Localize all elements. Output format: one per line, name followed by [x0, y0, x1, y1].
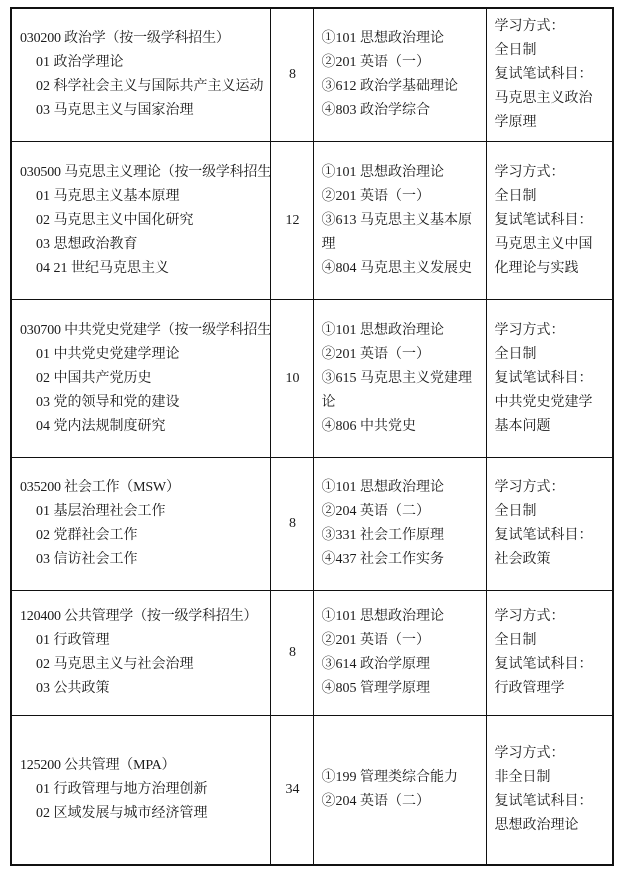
subject-list: ①101 思想政治理论②204 英语（二）③331 社会工作原理④437 社会工… — [322, 476, 480, 572]
note-line: 全日制 — [495, 343, 607, 367]
note-list: 学习方式：全日制复试笔试科目：马克思主义中国化理论与实践 — [495, 161, 607, 281]
direction-list: 01 中共党史党建学理论02 中国共产党历史03 党的领导和党的建设04 党内法… — [20, 343, 264, 439]
subject-item: ②201 英语（一） — [322, 51, 480, 75]
subject-item: ①199 管理类综合能力 — [322, 766, 480, 790]
table-row: 030200 政治学（按一级学科招生） 01 政治学理论02 科学社会主义与国际… — [11, 8, 613, 142]
table-row: 125200 公共管理（MPA） 01 行政管理与地方治理创新02 区域发展与城… — [11, 716, 613, 865]
note-line: 马克思主义政治学原理 — [495, 87, 607, 135]
subject-item: ②204 英语（二） — [322, 500, 480, 524]
program-title: 125200 公共管理（MPA） — [20, 754, 264, 778]
direction-item: 01 马克思主义基本原理 — [20, 185, 264, 209]
program-cell: 030700 中共党史党建学（按一级学科招生） 01 中共党史党建学理论02 中… — [11, 300, 270, 458]
note-list: 学习方式：全日制复试笔试科目：中共党史党建学基本问题 — [495, 319, 607, 439]
table-row: 030700 中共党史党建学（按一级学科招生） 01 中共党史党建学理论02 中… — [11, 300, 613, 458]
subject-list: ①101 思想政治理论②201 英语（一）③613 马克思主义基本原理④804 … — [322, 161, 480, 281]
subject-item: ①101 思想政治理论 — [322, 319, 480, 343]
note-line: 全日制 — [495, 629, 607, 653]
note-line: 非全日制 — [495, 766, 607, 790]
note-line: 复试笔试科目： — [495, 653, 607, 677]
subject-item: ③613 马克思主义基本原理 — [322, 209, 480, 257]
program-cell: 030200 政治学（按一级学科招生） 01 政治学理论02 科学社会主义与国际… — [11, 8, 270, 142]
note-line: 复试笔试科目： — [495, 209, 607, 233]
program-title: 030500 马克思主义理论（按一级学科招生） — [20, 161, 264, 185]
quota-cell: 8 — [270, 8, 313, 142]
note-list: 学习方式：非全日制复试笔试科目：思想政治理论 — [495, 742, 607, 838]
note-line: 复试笔试科目： — [495, 367, 607, 391]
direction-item: 02 科学社会主义与国际共产主义运动 — [20, 75, 264, 99]
subject-item: ②201 英语（一） — [322, 343, 480, 367]
program-title: 035200 社会工作（MSW） — [20, 476, 264, 500]
direction-item: 02 马克思主义中国化研究 — [20, 209, 264, 233]
note-line: 复试笔试科目： — [495, 790, 607, 814]
study-mode-cell: 学习方式：全日制复试笔试科目：马克思主义中国化理论与实践 — [486, 142, 613, 300]
table-row: 030500 马克思主义理论（按一级学科招生） 01 马克思主义基本原理02 马… — [11, 142, 613, 300]
subject-item: ②204 英语（二） — [322, 790, 480, 814]
subject-item: ①101 思想政治理论 — [322, 476, 480, 500]
direction-list: 01 基层治理社会工作02 党群社会工作03 信访社会工作 — [20, 500, 264, 572]
direction-item: 03 公共政策 — [20, 677, 264, 701]
program-title: 120400 公共管理学（按一级学科招生） — [20, 605, 264, 629]
quota-cell: 10 — [270, 300, 313, 458]
subject-item: ④437 社会工作实务 — [322, 548, 480, 572]
program-title: 030200 政治学（按一级学科招生） — [20, 27, 264, 51]
quota-cell: 12 — [270, 142, 313, 300]
subject-item: ①101 思想政治理论 — [322, 27, 480, 51]
program-cell: 125200 公共管理（MPA） 01 行政管理与地方治理创新02 区域发展与城… — [11, 716, 270, 865]
note-line: 学习方式： — [495, 742, 607, 766]
direction-list: 01 政治学理论02 科学社会主义与国际共产主义运动03 马克思主义与国家治理 — [20, 51, 264, 123]
program-cell: 035200 社会工作（MSW） 01 基层治理社会工作02 党群社会工作03 … — [11, 458, 270, 591]
program-title: 030700 中共党史党建学（按一级学科招生） — [20, 319, 264, 343]
note-line: 复试笔试科目： — [495, 63, 607, 87]
study-mode-cell: 学习方式：全日制复试笔试科目：中共党史党建学基本问题 — [486, 300, 613, 458]
direction-item: 01 基层治理社会工作 — [20, 500, 264, 524]
subject-item: ③612 政治学基础理论 — [322, 75, 480, 99]
note-list: 学习方式：全日制复试笔试科目：行政管理学 — [495, 605, 607, 701]
study-mode-cell: 学习方式：全日制复试笔试科目：社会政策 — [486, 458, 613, 591]
table-row: 035200 社会工作（MSW） 01 基层治理社会工作02 党群社会工作03 … — [11, 458, 613, 591]
subject-item: ④806 中共党史 — [322, 415, 480, 439]
note-list: 学习方式：全日制复试笔试科目：社会政策 — [495, 476, 607, 572]
study-mode-cell: 学习方式：非全日制复试笔试科目：思想政治理论 — [486, 716, 613, 865]
direction-item: 02 党群社会工作 — [20, 524, 264, 548]
subjects-cell: ①101 思想政治理论②201 英语（一）③613 马克思主义基本原理④804 … — [313, 142, 486, 300]
direction-item: 01 中共党史党建学理论 — [20, 343, 264, 367]
note-list: 学习方式：全日制复试笔试科目：马克思主义政治学原理 — [495, 15, 607, 135]
direction-item: 02 中国共产党历史 — [20, 367, 264, 391]
direction-item: 03 马克思主义与国家治理 — [20, 99, 264, 123]
direction-item: 01 行政管理与地方治理创新 — [20, 778, 264, 802]
direction-item: 01 行政管理 — [20, 629, 264, 653]
note-line: 社会政策 — [495, 548, 607, 572]
subject-item: ①101 思想政治理论 — [322, 161, 480, 185]
direction-item: 03 思想政治教育 — [20, 233, 264, 257]
subjects-cell: ①101 思想政治理论②201 英语（一）③612 政治学基础理论④803 政治… — [313, 8, 486, 142]
direction-list: 01 行政管理02 马克思主义与社会治理03 公共政策 — [20, 629, 264, 701]
program-cell: 030500 马克思主义理论（按一级学科招生） 01 马克思主义基本原理02 马… — [11, 142, 270, 300]
subjects-cell: ①199 管理类综合能力②204 英语（二） — [313, 716, 486, 865]
subjects-cell: ①101 思想政治理论②201 英语（一）③614 政治学原理④805 管理学原… — [313, 591, 486, 716]
quota-cell: 34 — [270, 716, 313, 865]
direction-item: 04 21 世纪马克思主义 — [20, 257, 264, 281]
direction-item: 03 信访社会工作 — [20, 548, 264, 572]
subject-item: ④804 马克思主义发展史 — [322, 257, 480, 281]
subject-item: ③331 社会工作原理 — [322, 524, 480, 548]
note-line: 学习方式： — [495, 476, 607, 500]
note-line: 马克思主义中国化理论与实践 — [495, 233, 607, 281]
quota-cell: 8 — [270, 591, 313, 716]
direction-item: 02 马克思主义与社会治理 — [20, 653, 264, 677]
study-mode-cell: 学习方式：全日制复试笔试科目：马克思主义政治学原理 — [486, 8, 613, 142]
note-line: 全日制 — [495, 500, 607, 524]
subject-item: ④803 政治学综合 — [322, 99, 480, 123]
table-row: 120400 公共管理学（按一级学科招生） 01 行政管理02 马克思主义与社会… — [11, 591, 613, 716]
note-line: 行政管理学 — [495, 677, 607, 701]
subject-item: ②201 英语（一） — [322, 185, 480, 209]
quota-cell: 8 — [270, 458, 313, 591]
document-page: 030200 政治学（按一级学科招生） 01 政治学理论02 科学社会主义与国际… — [0, 0, 617, 874]
note-line: 复试笔试科目： — [495, 524, 607, 548]
note-line: 中共党史党建学基本问题 — [495, 391, 607, 439]
note-line: 学习方式： — [495, 319, 607, 343]
program-cell: 120400 公共管理学（按一级学科招生） 01 行政管理02 马克思主义与社会… — [11, 591, 270, 716]
direction-list: 01 马克思主义基本原理02 马克思主义中国化研究03 思想政治教育04 21 … — [20, 185, 264, 281]
direction-list: 01 行政管理与地方治理创新02 区域发展与城市经济管理 — [20, 778, 264, 826]
direction-item: 03 党的领导和党的建设 — [20, 391, 264, 415]
subjects-cell: ①101 思想政治理论②204 英语（二）③331 社会工作原理④437 社会工… — [313, 458, 486, 591]
direction-item: 01 政治学理论 — [20, 51, 264, 75]
direction-item: 04 党内法规制度研究 — [20, 415, 264, 439]
subject-item: ③615 马克思主义党建理论 — [322, 367, 480, 415]
subject-item: ③614 政治学原理 — [322, 653, 480, 677]
subject-list: ①199 管理类综合能力②204 英语（二） — [322, 766, 480, 814]
subject-item: ④805 管理学原理 — [322, 677, 480, 701]
note-line: 学习方式： — [495, 161, 607, 185]
admissions-table: 030200 政治学（按一级学科招生） 01 政治学理论02 科学社会主义与国际… — [10, 7, 614, 866]
subject-item: ②201 英语（一） — [322, 629, 480, 653]
subject-list: ①101 思想政治理论②201 英语（一）③614 政治学原理④805 管理学原… — [322, 605, 480, 701]
subject-item: ①101 思想政治理论 — [322, 605, 480, 629]
subjects-cell: ①101 思想政治理论②201 英语（一）③615 马克思主义党建理论④806 … — [313, 300, 486, 458]
subject-list: ①101 思想政治理论②201 英语（一）③615 马克思主义党建理论④806 … — [322, 319, 480, 439]
note-line: 全日制 — [495, 39, 607, 63]
note-line: 思想政治理论 — [495, 814, 607, 838]
direction-item: 02 区域发展与城市经济管理 — [20, 802, 264, 826]
note-line: 学习方式： — [495, 605, 607, 629]
note-line: 全日制 — [495, 185, 607, 209]
study-mode-cell: 学习方式：全日制复试笔试科目：行政管理学 — [486, 591, 613, 716]
note-line: 学习方式： — [495, 15, 607, 39]
subject-list: ①101 思想政治理论②201 英语（一）③612 政治学基础理论④803 政治… — [322, 27, 480, 123]
